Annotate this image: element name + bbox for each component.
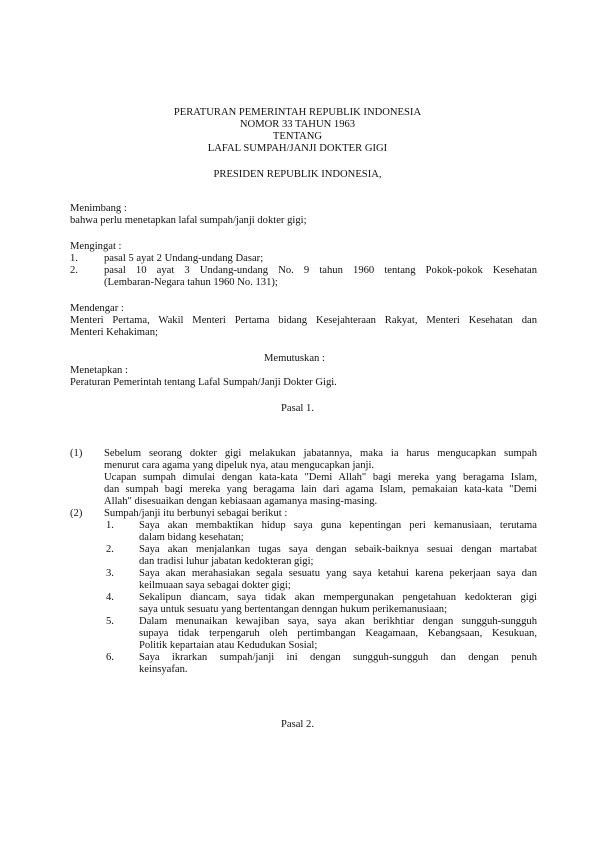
- memutuskan-heading: Memutuskan :: [264, 353, 325, 365]
- menimbang-label: Menimbang :: [70, 203, 127, 215]
- paragraph-number: (1): [70, 448, 82, 460]
- regulation-title: PERATURAN PEMERINTAH REPUBLIK INDONESIA: [0, 107, 595, 119]
- list-item: (Lembaran-Negara tahun 1960 No. 131);: [104, 277, 278, 289]
- oath-text: Politik kepartaian atau Kedudukan Sosial…: [139, 640, 317, 652]
- menetapkan-text: Peraturan Pemerintah tentang Lafal Sumpa…: [70, 377, 337, 389]
- oath-text: saya untuk sesuatu yang bertentangan den…: [139, 604, 447, 616]
- paragraph-text: Allah" disesuaikan dengan kebiasaan agam…: [104, 496, 377, 508]
- oath-text: dan tradisi luhur jabatan kedokteran gig…: [139, 556, 313, 568]
- menimbang-text: bahwa perlu menetapkan lafal sumpah/janj…: [70, 215, 307, 227]
- oath-number: 6.: [106, 652, 114, 664]
- oath-text: supaya tidak terpengaruh oleh pertimbang…: [139, 628, 537, 640]
- oath-text: Saya akan membaktikan hidup saya guna ke…: [139, 520, 537, 532]
- paragraph-text: menurut cara agama yang dipeluk nya, ata…: [104, 460, 374, 472]
- list-number: 1.: [70, 253, 78, 265]
- oath-number: 4.: [106, 592, 114, 604]
- mendengar-text: Menteri Pertama, Wakil Menteri Pertama b…: [70, 315, 537, 327]
- pasal-2-title: Pasal 2.: [0, 719, 595, 731]
- mendengar-label: Mendengar :: [70, 303, 124, 315]
- oath-text: Saya akan menjalankan tugas saya dengan …: [139, 544, 537, 556]
- oath-text: keilmuaan saya sebagai dokter gigi;: [139, 580, 291, 592]
- mengingat-label: Mengingat :: [70, 241, 122, 253]
- mendengar-text: Menteri Kehakiman;: [70, 327, 158, 339]
- oath-text: Saya akan merahasiakan segala sesuatu ya…: [139, 568, 537, 580]
- oath-number: 2.: [106, 544, 114, 556]
- list-item: pasal 10 ayat 3 Undang-undang No. 9 tahu…: [104, 265, 537, 277]
- regulation-number: NOMOR 33 TAHUN 1963: [0, 119, 595, 131]
- menetapkan-label: Menetapkan :: [70, 365, 128, 377]
- oath-number: 1.: [106, 520, 114, 532]
- paragraph-text: Sumpah/janji itu berbunyi sebagai beriku…: [104, 508, 287, 520]
- oath-number: 3.: [106, 568, 114, 580]
- paragraph-text: Sebelum seorang dokter gigi melakukan ja…: [104, 448, 537, 460]
- list-item: pasal 5 ayat 2 Undang-undang Dasar;: [104, 253, 263, 265]
- pasal-1-title: Pasal 1.: [0, 403, 595, 415]
- oath-text: Sekalipun diancam, saya tidak akan mempe…: [139, 592, 537, 604]
- list-number: 2.: [70, 265, 78, 277]
- president-heading: PRESIDEN REPUBLIK INDONESIA,: [0, 169, 595, 181]
- oath-text: Saya ikrarkan sumpah/janji ini dengan su…: [139, 652, 537, 664]
- oath-text: keinsyafan.: [139, 664, 188, 676]
- document-page: PERATURAN PEMERINTAH REPUBLIK INDONESIA …: [0, 0, 595, 842]
- oath-number: 5.: [106, 616, 114, 628]
- regulation-about: TENTANG: [0, 131, 595, 143]
- oath-text: dalam bidang kesehatan;: [139, 532, 244, 544]
- paragraph-text: Ucapan sumpah dimulai dengan kata-kata "…: [104, 472, 537, 484]
- paragraph-number: (2): [70, 508, 82, 520]
- oath-text: Dalam menunaikan kewajiban saya, saya ak…: [139, 616, 537, 628]
- regulation-subject: LAFAL SUMPAH/JANJI DOKTER GIGI: [0, 143, 595, 155]
- paragraph-text: dan sumpah bagi mereka yang beragama lai…: [104, 484, 537, 496]
